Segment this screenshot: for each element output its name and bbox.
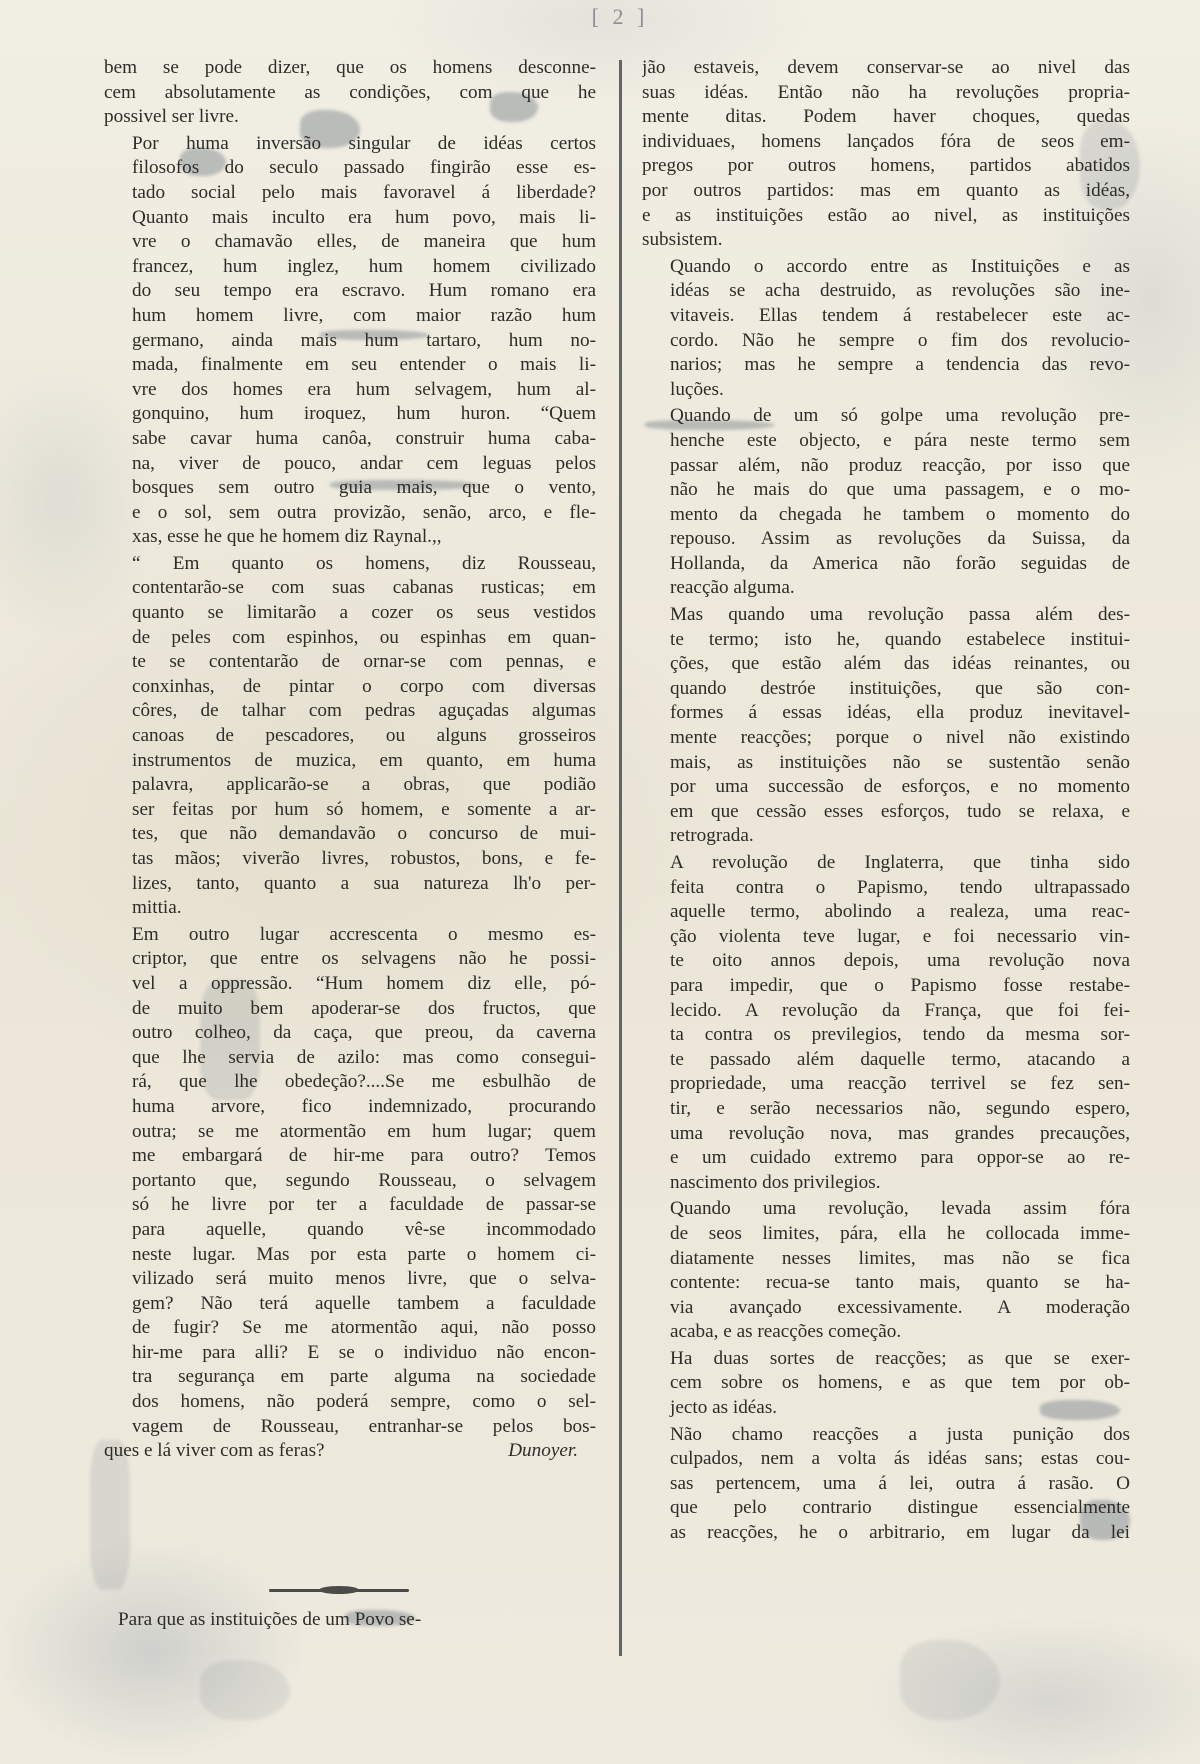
text-line: de seos limites, pára, ella he collocada… (642, 1222, 1130, 1247)
text-line: germano, ainda mais hum tartaro, hum no- (104, 329, 596, 354)
text-line: que pelo contrario distingue essencialme… (642, 1496, 1130, 1521)
text-line: só he livre por ter a faculdade de passa… (104, 1193, 596, 1218)
text-line: gonquino, hum iroquez, hum huron. “Quem (104, 402, 596, 427)
text-line: luções. (642, 378, 1130, 403)
text-line: outra; se me atormentão em hum lugar; qu… (104, 1120, 596, 1145)
text-line: lizes, tanto, quanto a sua natureza lh'o… (104, 872, 596, 897)
text-line: reacção alguma. (642, 576, 1130, 601)
text-line: vagem de Rousseau, entranhar-se pelos bo… (104, 1415, 596, 1440)
text-line: para impedir, que o Papismo fosse restab… (642, 974, 1130, 999)
text-line: contentarão-se com suas cabanas rusticas… (104, 576, 596, 601)
text-line: jão estaveis, devem conservar-se ao nive… (642, 56, 1130, 81)
paragraph-2: Por huma inversão singular de idéas cert… (104, 132, 596, 550)
left-column: bem se pode dizer, que os homens desconn… (104, 56, 596, 1464)
next-article-opening-line: Para que as instituições de um Povo se- (118, 1608, 588, 1632)
text-line: aquelle termo, abolindo a realeza, uma r… (642, 900, 1130, 925)
text-line: retrograda. (642, 824, 1130, 849)
text-line: de fugir? Se me atormentão aqui, não pos… (104, 1316, 596, 1341)
text-line: ções, que estão além das idéas reinantes… (642, 652, 1130, 677)
text-line: vre dos homes era hum selvagem, hum al- (104, 378, 596, 403)
text-line: ser feitas por hum só homem, e somente a… (104, 798, 596, 823)
text-line: narios; mas he sempre a tendencia das re… (642, 353, 1130, 378)
text-line: hir-me para alli? E se o individuo não e… (104, 1341, 596, 1366)
text-line: neste lugar. Mas por esta parte o homem … (104, 1243, 596, 1268)
text-line: me embargará de hir-me para outro? Temos (104, 1144, 596, 1169)
column-divider-rule (619, 60, 622, 1656)
text-line: lecido. A revolução da França, que foi f… (642, 999, 1130, 1024)
author-signature: Dunoyer. (508, 1439, 596, 1464)
text-line: sabe cavar huma canôa, construir huma ca… (104, 427, 596, 452)
text-line: em que cessão esses esforços, tudo se re… (642, 800, 1130, 825)
text-line: vel a oppressão. “Hum homem diz elle, pó… (104, 972, 596, 997)
paragraph-4: Mas quando uma revolução passa além des-… (642, 603, 1130, 849)
text-line: tado social pelo mais favoravel á liberd… (104, 181, 596, 206)
text-line: via avançado excessivamente. A moderação (642, 1296, 1130, 1321)
text-line: xas, esse he que he homem diz Raynal.,, (104, 525, 596, 550)
text-line: de muito bem apoderar-se dos fructos, qu… (104, 997, 596, 1022)
text-line: te termo; isto he, quando estabelece ins… (642, 628, 1130, 653)
text-line: e o sol, sem outra provizão, senão, arco… (104, 501, 596, 526)
text-line: tas mãos; viverão livres, robustos, bons… (104, 847, 596, 872)
text-line: outro colheo, da caça, que preou, da cav… (104, 1021, 596, 1046)
text-line: mento da chegada he tambem o momento do (642, 503, 1130, 528)
right-column: jão estaveis, devem conservar-se ao nive… (642, 56, 1130, 1546)
paragraph-1: bem se pode dizer, que os homens desconn… (104, 56, 596, 130)
text-line: pregos por outros homens, partidos abati… (642, 154, 1130, 179)
text-line: passar além, não produz reacção, por iss… (642, 454, 1130, 479)
text-line: Por huma inversão singular de idéas cert… (104, 132, 596, 157)
text-line: “ Em quanto os homens, diz Rousseau, (104, 552, 596, 577)
text-line: hum homem livre, com maior razão hum (104, 304, 596, 329)
text-line: formes á essas idéas, ella produz inevit… (642, 701, 1130, 726)
text-line: huma arvore, fico indemnizado, procurand… (104, 1095, 596, 1120)
text-line: Quando de um só golpe uma revolução pre- (642, 404, 1130, 429)
text-line: cem absolutamente as condições, com que … (104, 81, 596, 106)
text-line: côres, de talhar com pedras aguçadas alg… (104, 699, 596, 724)
text-line: palavra, applicarão-se a obras, que podi… (104, 773, 596, 798)
text-line: tes, que não demandavão o concurso de mu… (104, 822, 596, 847)
paragraph-1: jão estaveis, devem conservar-se ao nive… (642, 56, 1130, 253)
text-line: jecto as idéas. (642, 1396, 1130, 1421)
text-line: mente ditas. Podem haver choques, quedas (642, 105, 1130, 130)
text-line: não he mais do que uma passagem, e o mo- (642, 478, 1130, 503)
text-line: henche este objecto, e pára neste termo … (642, 429, 1130, 454)
text-line: por uma successão de esforços, e no mome… (642, 775, 1130, 800)
text-line: Mas quando uma revolução passa além des- (642, 603, 1130, 628)
text-line: tra segurança em parte alguma na socieda… (104, 1365, 596, 1390)
text-line: mada, finalmente em seu entender o mais … (104, 353, 596, 378)
paragraph-8: Não chamo reacções a justa punição dos c… (642, 1423, 1130, 1546)
text-line: Quanto mais inculto era hum povo, mais l… (104, 206, 596, 231)
text-line: bem se pode dizer, que os homens desconn… (104, 56, 596, 81)
paragraph-4: Em outro lugar accrescenta o mesmo es- c… (104, 923, 596, 1464)
text-line: propriedade, uma reacção terrivel se fez… (642, 1072, 1130, 1097)
text-line: te se contentarão de ornar-se com pennas… (104, 650, 596, 675)
text-line: criptor, que entre os selvagens não he p… (104, 947, 596, 972)
text-line: bosques sem outro guia mais, que o vento… (104, 476, 596, 501)
paragraph-5: A revolução de Inglaterra, que tinha sid… (642, 851, 1130, 1195)
text-line: por outros partidos: mas em quanto as id… (642, 179, 1130, 204)
text-line: Em outro lugar accrescenta o mesmo es- (104, 923, 596, 948)
paragraph-3: Quando de um só golpe uma revolução pre-… (642, 404, 1130, 601)
text-line: francez, hum inglez, hum homem civilizad… (104, 255, 596, 280)
text-line: vilizado será muito menos livre, que o s… (104, 1267, 596, 1292)
text-line: repouso. Assim as revoluções da Suissa, … (642, 527, 1130, 552)
page-number: [ 2 ] (590, 4, 650, 30)
paragraph-3: “ Em quanto os homens, diz Rousseau, con… (104, 552, 596, 921)
text-line: gem? Não terá aquelle tambem a faculdade (104, 1292, 596, 1317)
text-line: instrumentos de muzica, em quanto, em hu… (104, 749, 596, 774)
text-line: Não chamo reacções a justa punição dos (642, 1423, 1130, 1448)
text-line: do seu tempo era escravo. Hum romano era (104, 279, 596, 304)
text-line: de peles com espinhos, ou espinhas em qu… (104, 626, 596, 651)
text-line: contente: recua-se tanto mais, quanto se… (642, 1271, 1130, 1296)
text-line: quando destróe instituições, que são con… (642, 677, 1130, 702)
text-line: Ha duas sortes de reacções; as que se ex… (642, 1347, 1130, 1372)
text-line: te oito annos depois, uma revolução nova (642, 949, 1130, 974)
text-line: mittia. (104, 896, 596, 921)
text-line: vitaveis. Ellas tendem á restabelecer es… (642, 304, 1130, 329)
text-line: te passado além daquelle termo, atacando… (642, 1048, 1130, 1073)
text-line: suas idéas. Então não ha revoluções prop… (642, 81, 1130, 106)
text-line: e as instituições estão ao nivel, as ins… (642, 204, 1130, 229)
text-line: ção violenta teve lugar, e foi necessari… (642, 925, 1130, 950)
text-line: Quando uma revolução, levada assim fóra (642, 1197, 1130, 1222)
text-line: canoas de pescadores, ou alguns grosseir… (104, 724, 596, 749)
text-line: ta contra os previlegios, tendo da mesma… (642, 1023, 1130, 1048)
paragraph-7: Ha duas sortes de reacções; as que se ex… (642, 1347, 1130, 1421)
text-line: ques e lá viver com as feras? Dunoyer. (104, 1439, 596, 1464)
text-line: possivel ser livre. (104, 105, 596, 130)
text-line: individuaes, homens lançados fóra de seo… (642, 130, 1130, 155)
text-line: idéas se acha destruido, as revoluções s… (642, 279, 1130, 304)
text-line: quanto se limitarão a cozer os seus vest… (104, 601, 596, 626)
text-line: tir, e serão necessarios não, segundo es… (642, 1097, 1130, 1122)
text-line: nascimento dos privilegios. (642, 1171, 1130, 1196)
paragraph-2: Quando o accordo entre as Instituições e… (642, 255, 1130, 403)
text-line: as reacções, he o arbitrario, em lugar d… (642, 1521, 1130, 1546)
text-line: cem sobre os homens, e as que tem por ob… (642, 1371, 1130, 1396)
text-line: A revolução de Inglaterra, que tinha sid… (642, 851, 1130, 876)
text-line: Quando o accordo entre as Instituições e… (642, 255, 1130, 280)
text-line: conxinhas, de pintar o corpo com diversa… (104, 675, 596, 700)
text-line: filosofos do seculo passado fingirão ess… (104, 156, 596, 181)
text-line-content: ques e lá viver com as feras? (104, 1440, 325, 1461)
text-line: acaba, e as reacções começão. (642, 1320, 1130, 1345)
text-line: Hollanda, da America não forão seguidas … (642, 552, 1130, 577)
text-line: subsistem. (642, 228, 1130, 253)
text-line: mente reacções; porque o nivel não exist… (642, 726, 1130, 751)
text-line: e um cuidado extremo para oppor-se ao re… (642, 1146, 1130, 1171)
text-line: culpados, nem a volta ás idéas sans; est… (642, 1447, 1130, 1472)
text-line: uma revolução nova, mas grandes precauçõ… (642, 1122, 1130, 1147)
paragraph-6: Quando uma revolução, levada assim fóra … (642, 1197, 1130, 1345)
text-line: feita contra o Papismo, tendo ultrapassa… (642, 876, 1130, 901)
text-line: para aquelle, quando vê-se incommodado (104, 1218, 596, 1243)
article-separator-ornament (269, 1589, 409, 1592)
text-line: mais, as instituições não se sustentão s… (642, 751, 1130, 776)
text-line: diatamente nesses limites, mas não se fi… (642, 1247, 1130, 1272)
text-line: que lhe servia de azilo: mas como conseg… (104, 1046, 596, 1071)
text-line: rá, que lhe obedeção?....Se me esbulhão … (104, 1070, 596, 1095)
text-line: dos homens, não poderá sempre, como o se… (104, 1390, 596, 1415)
text-line: na, viver de pouco, andar cem leguas pel… (104, 452, 596, 477)
text-line: portanto que, segundo Rousseau, o selvag… (104, 1169, 596, 1194)
text-line: sas pertencem, uma á lei, outra á rasão.… (642, 1472, 1130, 1497)
text-line: vre o chamavão elles, de maneira que hum (104, 230, 596, 255)
text-line: cordo. Não he sempre o fim dos revolucio… (642, 329, 1130, 354)
